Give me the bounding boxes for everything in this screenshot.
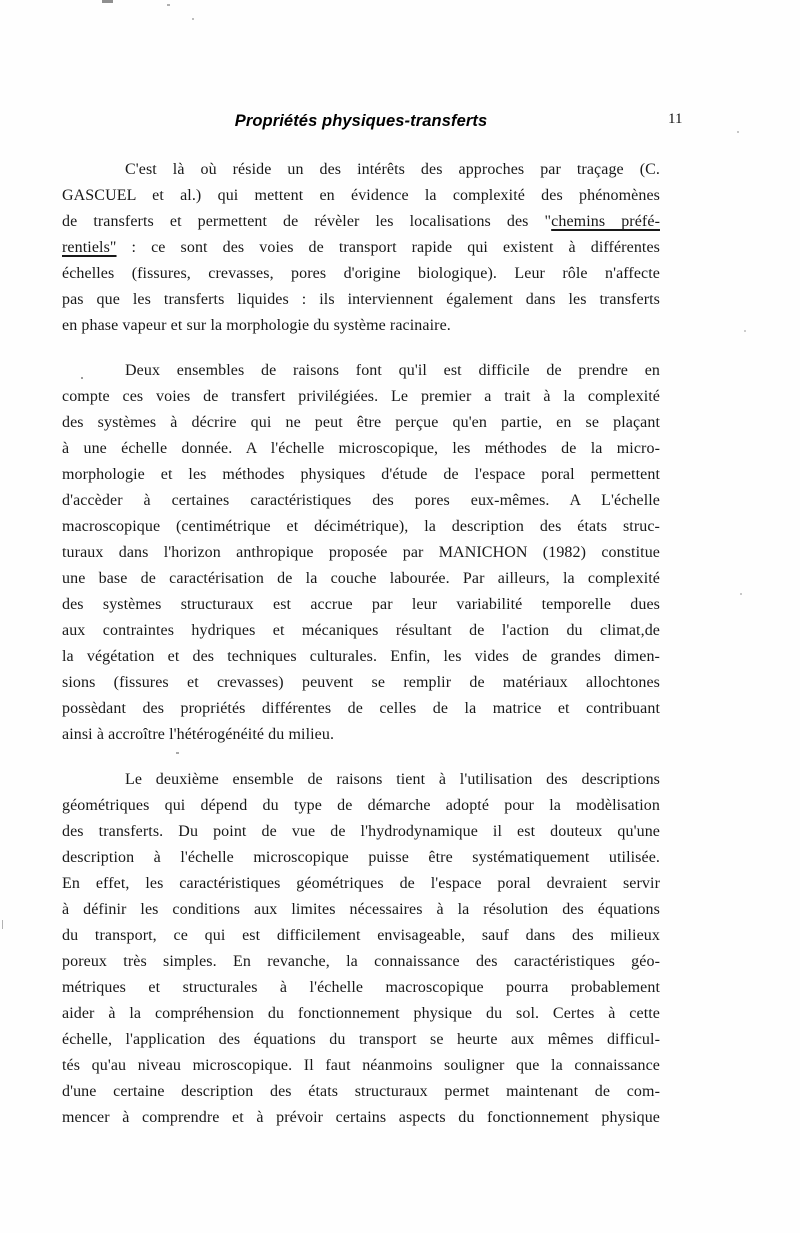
text-segment: C'est là où réside un des intérêts des a… <box>125 161 660 178</box>
text-line: description à l'échelle microscopique pu… <box>62 845 660 871</box>
text-line: de transferts et permettent de révèler l… <box>62 209 660 235</box>
text-line: échelle, l'application des équations du … <box>62 1027 660 1053</box>
running-head-title: Propriétés physiques-transferts <box>62 112 660 131</box>
text-line: des systèmes structuraux est accrue par … <box>62 592 660 618</box>
text-segment: à définir les conditions aux limites néc… <box>62 901 660 918</box>
text-segment: mencer à comprendre et à prévoir certain… <box>62 1109 660 1126</box>
text-line: d'accèder à certaines caractéristiques d… <box>62 488 660 514</box>
page-body: C'est là où réside un des intérêts des a… <box>62 157 660 1131</box>
text-line: morphologie et les méthodes physiques d'… <box>62 462 660 488</box>
text-segment: description à l'échelle microscopique pu… <box>62 849 660 866</box>
text-line: poreux très simples. En revanche, la con… <box>62 949 660 975</box>
text-segment: compte ces voies de transfert privilégié… <box>62 388 660 405</box>
document-page: Propriétés physiques-transferts 11 C'est… <box>0 0 800 1233</box>
text-segment: du transport, ce qui est difficilement e… <box>62 927 660 944</box>
text-line: C'est là où réside un des intérêts des a… <box>62 157 660 183</box>
text-segment: morphologie et les méthodes physiques d'… <box>62 466 660 483</box>
scan-speck <box>744 330 746 332</box>
text-line: pas que les transferts liquides : ils in… <box>62 287 660 313</box>
text-line: échelles (fissures, crevasses, pores d'o… <box>62 261 660 287</box>
text-line: aider à la compréhension du fonctionneme… <box>62 1001 660 1027</box>
scan-speck <box>192 18 194 20</box>
text-line: sions (fissures et crevasses) peuvent se… <box>62 670 660 696</box>
text-segment: sions (fissures et crevasses) peuvent se… <box>62 674 660 691</box>
scan-speck <box>102 0 113 3</box>
text-line: GASCUEL et al.) qui mettent en évidence … <box>62 183 660 209</box>
text-segment: des systèmes structuraux est accrue par … <box>62 596 660 613</box>
text-line: géométriques qui dépend du type de démar… <box>62 793 660 819</box>
paragraph: Deux ensembles de raisons font qu'il est… <box>62 358 660 748</box>
text-segment: aider à la compréhension du fonctionneme… <box>62 1005 660 1022</box>
text-segment: ainsi à accroître l'hétérogénéité du mil… <box>62 726 334 743</box>
text-segment: en phase vapeur et sur la morphologie du… <box>62 317 451 334</box>
text-segment: une base de caractérisation de la couche… <box>62 570 660 587</box>
text-segment: possèdant des propriétés différentes de … <box>62 700 660 717</box>
text-line: En effet, les caractéristiques géométriq… <box>62 871 660 897</box>
text-segment: pas que les transferts liquides : ils in… <box>62 291 660 308</box>
paragraph: Le deuxième ensemble de raisons tient à … <box>62 767 660 1131</box>
text-segment: d'une certaine description des états str… <box>62 1083 660 1100</box>
text-segment: la végétation et des techniques cultural… <box>62 648 660 665</box>
text-line: macroscopique (centimétrique et décimétr… <box>62 514 660 540</box>
text-line: rentiels" : ce sont des voies de transpo… <box>62 235 660 261</box>
text-line: du transport, ce qui est difficilement e… <box>62 923 660 949</box>
text-line: aux contraintes hydriques et mécaniques … <box>62 618 660 644</box>
scan-speck <box>737 131 739 133</box>
text-line: compte ces voies de transfert privilégié… <box>62 384 660 410</box>
scan-speck <box>167 4 170 6</box>
scan-speck <box>740 593 742 595</box>
text-line: des transferts. Du point de vue de l'hyd… <box>62 819 660 845</box>
text-line: Deux ensembles de raisons font qu'il est… <box>62 358 660 384</box>
page-number: 11 <box>668 111 682 128</box>
underlined-term: chemins préfé- <box>551 213 660 230</box>
text-line: à définir les conditions aux limites néc… <box>62 897 660 923</box>
text-segment: En effet, les caractéristiques géométriq… <box>62 875 660 892</box>
text-segment: : ce sont des voies de transport rapide … <box>117 239 660 256</box>
text-line: en phase vapeur et sur la morphologie du… <box>62 313 660 339</box>
text-segment: Deux ensembles de raisons font qu'il est… <box>125 362 660 379</box>
text-line: la végétation et des techniques cultural… <box>62 644 660 670</box>
text-line: à une échelle donnée. A l'échelle micros… <box>62 436 660 462</box>
text-segment: GASCUEL et al.) qui mettent en évidence … <box>62 187 660 204</box>
text-segment: des transferts. Du point de vue de l'hyd… <box>62 823 660 840</box>
text-segment: Le deuxième ensemble de raisons tient à … <box>125 771 660 788</box>
text-segment: turaux dans l'horizon anthropique propos… <box>62 544 660 561</box>
text-segment: échelles (fissures, crevasses, pores d'o… <box>62 265 660 282</box>
text-segment: échelle, l'application des équations du … <box>62 1031 660 1048</box>
text-line: mencer à comprendre et à prévoir certain… <box>62 1105 660 1131</box>
text-line: métriques et structurales à l'échelle ma… <box>62 975 660 1001</box>
text-segment: macroscopique (centimétrique et décimétr… <box>62 518 660 535</box>
text-segment: à une échelle donnée. A l'échelle micros… <box>62 440 660 457</box>
text-line: turaux dans l'horizon anthropique propos… <box>62 540 660 566</box>
text-segment: des systèmes à décrire qui ne peut être … <box>62 414 660 431</box>
text-line: tés qu'au niveau microscopique. Il faut … <box>62 1053 660 1079</box>
text-segment: géométriques qui dépend du type de démar… <box>62 797 660 814</box>
text-segment: tés qu'au niveau microscopique. Il faut … <box>62 1057 660 1074</box>
paragraph: C'est là où réside un des intérêts des a… <box>62 157 660 339</box>
text-segment: de transferts et permettent de révèler l… <box>62 213 551 230</box>
text-line: ainsi à accroître l'hétérogénéité du mil… <box>62 722 660 748</box>
text-line: possèdant des propriétés différentes de … <box>62 696 660 722</box>
text-segment: poreux très simples. En revanche, la con… <box>62 953 660 970</box>
text-line: des systèmes à décrire qui ne peut être … <box>62 410 660 436</box>
scan-speck <box>2 920 3 929</box>
underlined-term: rentiels" <box>62 239 117 256</box>
text-line: une base de caractérisation de la couche… <box>62 566 660 592</box>
text-segment: d'accèder à certaines caractéristiques d… <box>62 492 660 509</box>
text-segment: aux contraintes hydriques et mécaniques … <box>62 622 660 639</box>
text-line: Le deuxième ensemble de raisons tient à … <box>62 767 660 793</box>
text-segment: métriques et structurales à l'échelle ma… <box>62 979 660 996</box>
text-line: d'une certaine description des états str… <box>62 1079 660 1105</box>
